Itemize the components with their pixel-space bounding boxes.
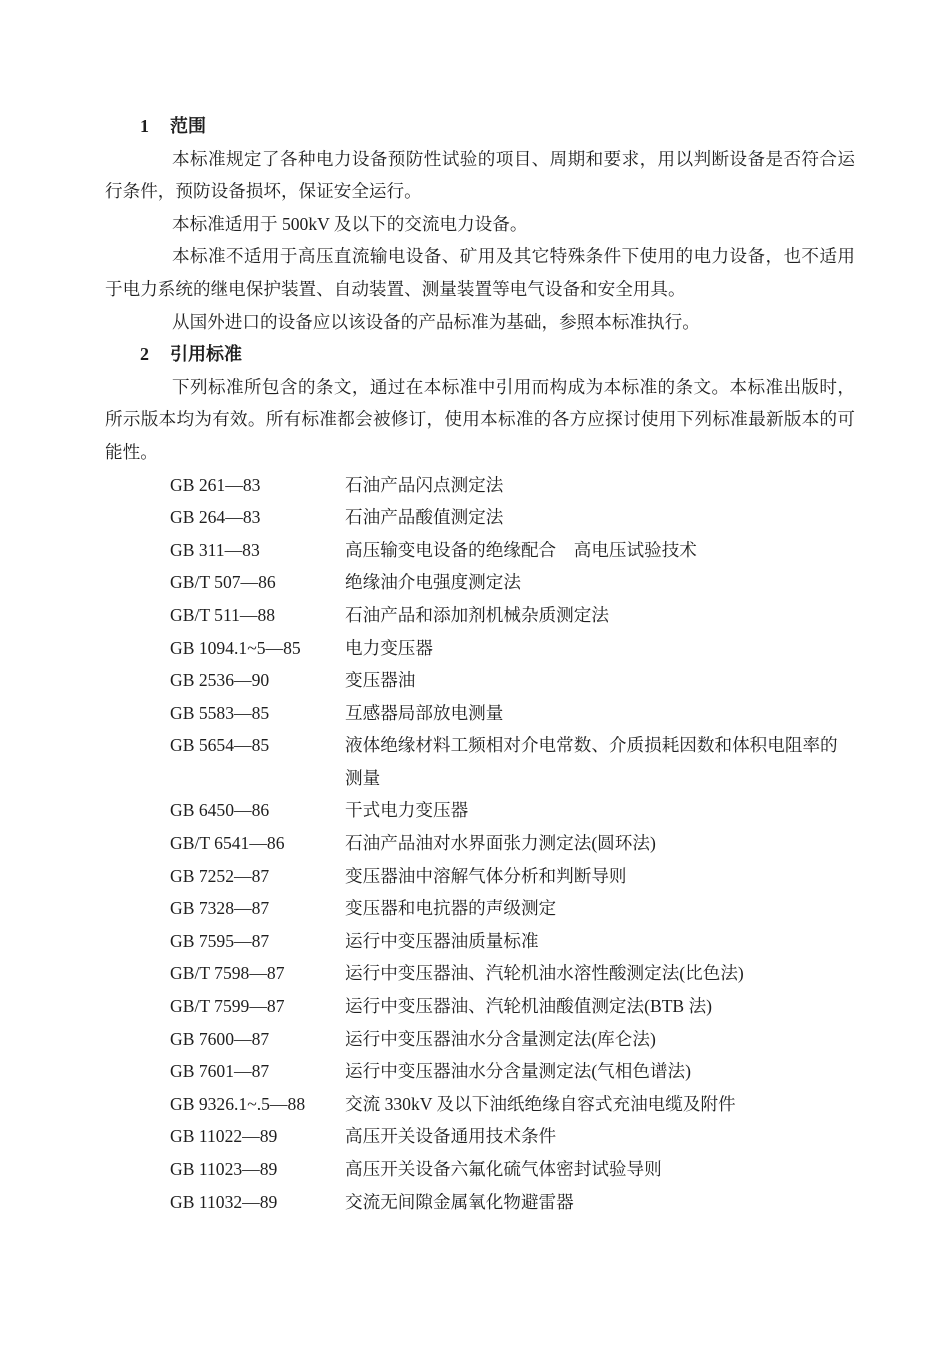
section-2-title: 引用标准 [170, 338, 242, 371]
standard-code: GB 5583—85 [170, 697, 345, 730]
standard-title: 干式电力变压器 [345, 794, 855, 827]
section-1-paragraph-4: 从国外进口的设备应以该设备的产品标准为基础，参照本标准执行。 [105, 306, 855, 339]
standard-code: GB 7328—87 [170, 892, 345, 925]
standard-title: 互感器局部放电测量 [345, 697, 855, 730]
section-1-paragraph-3: 本标准不适用于高压直流输电设备、矿用及其它特殊条件下使用的电力设备，也不适用于电… [105, 240, 855, 305]
standard-title: 高压开关设备六氟化硫气体密封试验导则 [345, 1153, 855, 1186]
referenced-standards-list: GB 261—83 石油产品闪点测定法 GB 264—83 石油产品酸值测定法 … [105, 469, 855, 1219]
standard-row: GB 11022—89 高压开关设备通用技术条件 [170, 1120, 855, 1153]
standard-title: 交流无间隙金属氧化物避雷器 [345, 1186, 855, 1219]
standard-title: 运行中变压器油水分含量测定法(气相色谱法) [345, 1055, 855, 1088]
section-2-heading: 2 引用标准 [105, 338, 855, 371]
standard-code: GB/T 7598—87 [170, 957, 345, 990]
standard-code: GB 9326.1~.5—88 [170, 1088, 345, 1121]
standard-code: GB 11032—89 [170, 1186, 345, 1219]
section-1-number: 1 [140, 110, 149, 143]
standard-title: 高压开关设备通用技术条件 [345, 1120, 855, 1153]
standard-title: 变压器油中溶解气体分析和判断导则 [345, 860, 855, 893]
standard-code: GB 311—83 [170, 534, 345, 567]
standard-row: GB/T 7598—87 运行中变压器油、汽轮机油水溶性酸测定法(比色法) [170, 957, 855, 990]
standard-code: GB 1094.1~5—85 [170, 632, 345, 665]
section-1-title: 范围 [170, 110, 206, 143]
document-content: 1 范围 本标准规定了各种电力设备预防性试验的项目、周期和要求，用以判断设备是否… [105, 110, 855, 1218]
standard-row: GB 7595—87 运行中变压器油质量标准 [170, 925, 855, 958]
standard-row: GB 2536—90 变压器油 [170, 664, 855, 697]
standard-row: GB/T 7599—87 运行中变压器油、汽轮机油酸值测定法(BTB 法) [170, 990, 855, 1023]
standard-row: GB 7601—87 运行中变压器油水分含量测定法(气相色谱法) [170, 1055, 855, 1088]
standard-code: GB 7600—87 [170, 1023, 345, 1056]
standard-row: GB 7252—87 变压器油中溶解气体分析和判断导则 [170, 860, 855, 893]
standard-row: GB 264—83 石油产品酸值测定法 [170, 501, 855, 534]
standard-row: GB 6450—86 干式电力变压器 [170, 794, 855, 827]
section-2-intro-paragraph: 下列标准所包含的条文，通过在本标准中引用而构成为本标准的条文。本标准出版时，所示… [105, 371, 855, 469]
standard-title: 石油产品和添加剂机械杂质测定法 [345, 599, 855, 632]
standard-row: GB/T 507—86 绝缘油介电强度测定法 [170, 566, 855, 599]
standard-code: GB 7601—87 [170, 1055, 345, 1088]
standard-code: GB 11022—89 [170, 1120, 345, 1153]
standard-title: 运行中变压器油质量标准 [345, 925, 855, 958]
standard-code: GB 264—83 [170, 501, 345, 534]
standard-code: GB 6450—86 [170, 794, 345, 827]
standard-row: GB 5583—85 互感器局部放电测量 [170, 697, 855, 730]
standard-code: GB 7252—87 [170, 860, 345, 893]
standard-row: GB/T 6541—86 石油产品油对水界面张力测定法(圆环法) [170, 827, 855, 860]
standard-row: GB 1094.1~5—85 电力变压器 [170, 632, 855, 665]
standard-row: GB 7600—87 运行中变压器油水分含量测定法(库仑法) [170, 1023, 855, 1056]
section-1-paragraph-2: 本标准适用于 500kV 及以下的交流电力设备。 [105, 208, 855, 241]
standard-code: GB 261—83 [170, 469, 345, 502]
standard-title: 运行中变压器油水分含量测定法(库仑法) [345, 1023, 855, 1056]
standard-code: GB/T 511—88 [170, 599, 345, 632]
section-2-number: 2 [140, 338, 149, 371]
section-1-heading: 1 范围 [105, 110, 855, 143]
standard-code: GB/T 507—86 [170, 566, 345, 599]
standard-title: 石油产品酸值测定法 [345, 501, 855, 534]
standard-title: 电力变压器 [345, 632, 855, 665]
standard-code: GB 5654—85 [170, 729, 345, 762]
standard-title: 绝缘油介电强度测定法 [345, 566, 855, 599]
standard-row: GB 5654—85 液体绝缘材料工频相对介电常数、介质损耗因数和体积电阻率的测… [170, 729, 855, 794]
standard-title: 运行中变压器油、汽轮机油酸值测定法(BTB 法) [345, 990, 855, 1023]
document-page: 1 范围 本标准规定了各种电力设备预防性试验的项目、周期和要求，用以判断设备是否… [0, 0, 950, 1345]
standard-code: GB 11023—89 [170, 1153, 345, 1186]
standard-row: GB 261—83 石油产品闪点测定法 [170, 469, 855, 502]
standard-row: GB/T 511—88 石油产品和添加剂机械杂质测定法 [170, 599, 855, 632]
standard-code: GB/T 6541—86 [170, 827, 345, 860]
standard-title: 变压器和电抗器的声级测定 [345, 892, 855, 925]
standard-row: GB 7328—87 变压器和电抗器的声级测定 [170, 892, 855, 925]
standard-row: GB 11032—89 交流无间隙金属氧化物避雷器 [170, 1186, 855, 1219]
standard-row: GB 11023—89 高压开关设备六氟化硫气体密封试验导则 [170, 1153, 855, 1186]
standard-title: 液体绝缘材料工频相对介电常数、介质损耗因数和体积电阻率的测量 [345, 729, 855, 794]
standard-title: 变压器油 [345, 664, 855, 697]
standard-code: GB 2536—90 [170, 664, 345, 697]
standard-code: GB/T 7599—87 [170, 990, 345, 1023]
standard-row: GB 311—83 高压输变电设备的绝缘配合 高电压试验技术 [170, 534, 855, 567]
standard-title: 交流 330kV 及以下油纸绝缘自容式充油电缆及附件 [345, 1088, 855, 1121]
standard-title: 石油产品闪点测定法 [345, 469, 855, 502]
section-1-paragraph-1: 本标准规定了各种电力设备预防性试验的项目、周期和要求，用以判断设备是否符合运行条… [105, 143, 855, 208]
standard-title: 石油产品油对水界面张力测定法(圆环法) [345, 827, 855, 860]
standard-code: GB 7595—87 [170, 925, 345, 958]
standard-title: 运行中变压器油、汽轮机油水溶性酸测定法(比色法) [345, 957, 855, 990]
standard-title: 高压输变电设备的绝缘配合 高电压试验技术 [345, 534, 855, 567]
standard-row: GB 9326.1~.5—88 交流 330kV 及以下油纸绝缘自容式充油电缆及… [170, 1088, 855, 1121]
